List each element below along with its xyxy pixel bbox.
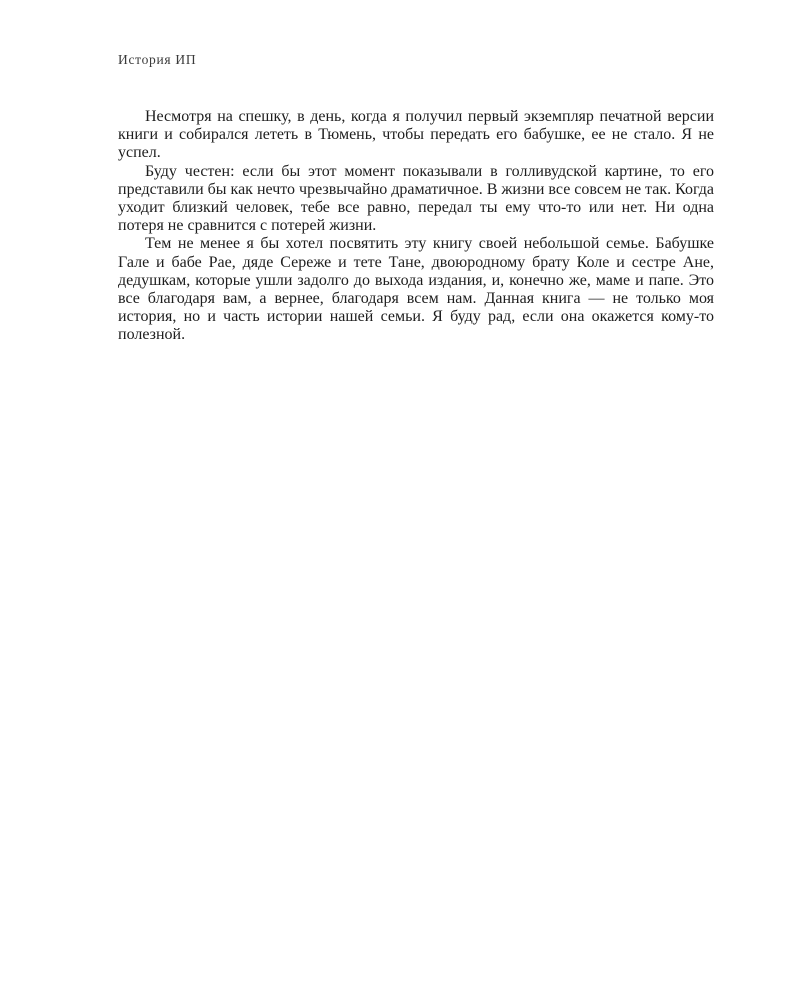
paragraph-2: Буду честен: если бы этот момент показыв… — [118, 163, 714, 236]
paragraph-3: Тем не менее я бы хотел посвятить эту кн… — [118, 235, 714, 344]
paragraph-1: Несмотря на спешку, в день, когда я полу… — [118, 108, 714, 163]
body-text: Несмотря на спешку, в день, когда я полу… — [118, 108, 714, 345]
book-page: История ИП Несмотря на спешку, в день, к… — [0, 0, 800, 1000]
running-header: История ИП — [118, 52, 196, 68]
